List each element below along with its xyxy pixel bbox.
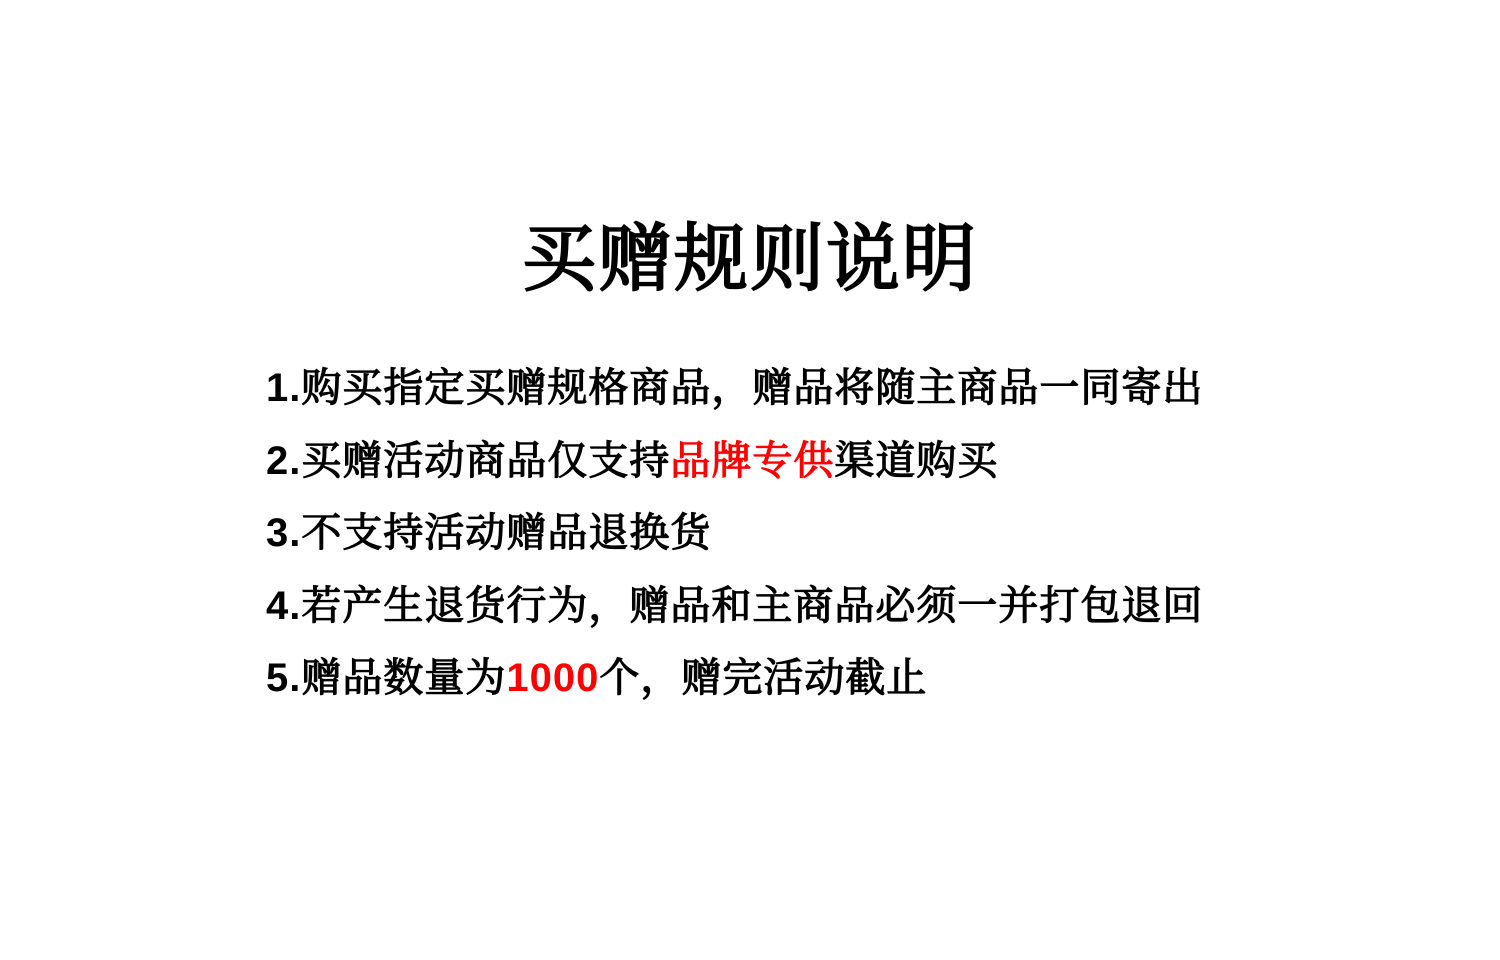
rule-text: 个，赠完活动截止 [599, 656, 927, 700]
rule-text: 3.不支持活动赠品退换货 [266, 511, 711, 555]
rule-text: 2.买赠活动商品仅支持 [266, 439, 670, 483]
rule-text: 5.赠品数量为 [266, 656, 506, 700]
rule-line-2: 2.买赠活动商品仅支持品牌专供渠道购买 [266, 425, 1500, 498]
rules-list: 1.购买指定买赠规格商品，赠品将随主商品一同寄出 2.买赠活动商品仅支持品牌专供… [0, 352, 1500, 715]
rule-line-3: 3.不支持活动赠品退换货 [266, 497, 1500, 570]
rule-line-4: 4.若产生退货行为，赠品和主商品必须一并打包退回 [266, 570, 1500, 643]
rule-text-highlight: 1000 [506, 656, 599, 700]
rule-text-highlight: 品牌专供 [670, 439, 834, 483]
rule-text: 1.购买指定买赠规格商品，赠品将随主商品一同寄出 [266, 366, 1203, 410]
rules-page: 买赠规则说明 1.购买指定买赠规格商品，赠品将随主商品一同寄出 2.买赠活动商品… [0, 0, 1500, 960]
rule-line-1: 1.购买指定买赠规格商品，赠品将随主商品一同寄出 [266, 352, 1500, 425]
page-title: 买赠规则说明 [0, 0, 1500, 305]
rule-text: 渠道购买 [834, 439, 998, 483]
rule-text: 4.若产生退货行为，赠品和主商品必须一并打包退回 [266, 584, 1203, 628]
rule-line-5: 5.赠品数量为1000个，赠完活动截止 [266, 642, 1500, 715]
